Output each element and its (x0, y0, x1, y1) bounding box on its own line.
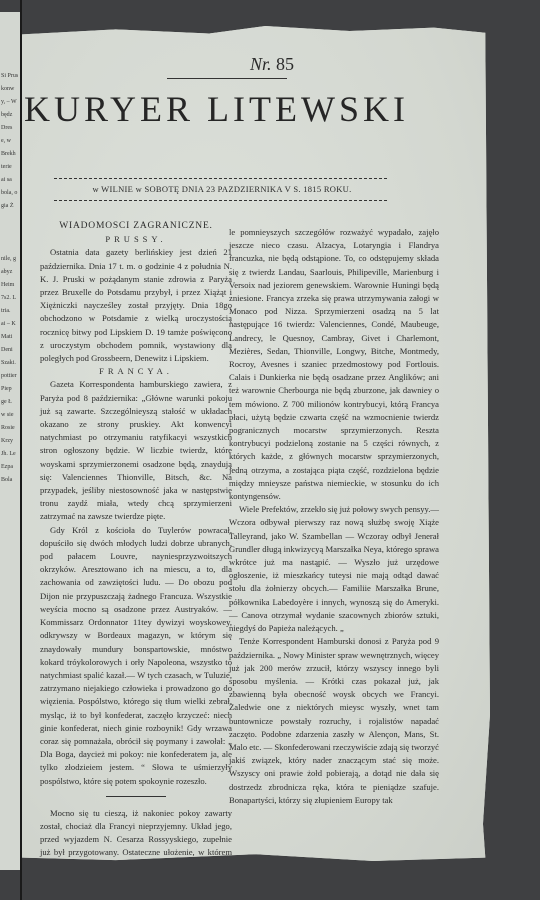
masthead-title: KURYER LITEWSKI (24, 88, 444, 130)
divider-rule (54, 200, 387, 201)
adjacent-page-text: e, w (1, 137, 11, 145)
adjacent-page-text: gia Ż (1, 202, 14, 210)
adjacent-page-text: Deni (1, 346, 13, 354)
adjacent-page-text: 7s2. L (1, 294, 16, 302)
adjacent-page-text: bola, o (1, 189, 17, 197)
adjacent-page-text: terie (1, 163, 12, 171)
article-paragraph: Tenże Korrespondent Hamburski donosi z P… (229, 635, 439, 807)
article-paragraph: Ostatnia data gazety berlińskiey jest dz… (40, 246, 232, 365)
adjacent-page-text: Bola (1, 476, 12, 484)
adjacent-page-text: Rosie (1, 424, 15, 432)
adjacent-page-text: nile, g (1, 255, 16, 263)
adjacent-page-text: Heim (1, 281, 14, 289)
newspaper-page: Nr. 85 KURYER LITEWSKI w WILNIE w SOBOTĘ… (22, 26, 490, 866)
issue-label: Nr. (250, 54, 272, 74)
adjacent-page-text: Mati (1, 333, 12, 341)
adjacent-page-text: będz (1, 111, 12, 119)
adjacent-page-text: Krzy (1, 437, 13, 445)
adjacent-page-text: ge Ł (1, 398, 12, 406)
adjacent-page-text: Si Prus (1, 72, 18, 80)
adjacent-page-text: ai sa (1, 176, 12, 184)
issue-value: 85 (276, 54, 294, 74)
adjacent-page-text: pottier (1, 372, 17, 380)
adjacent-page-text: Piep (1, 385, 12, 393)
article-paragraph: le pomnieyszych szczegółów rozważyć wypa… (229, 226, 439, 503)
adjacent-page-text: konw (1, 85, 14, 93)
issue-number: Nr. 85 (222, 54, 322, 75)
article-paragraph: Wiele Prefektów, zrzekło się już połowy … (229, 503, 439, 635)
adjacent-page-fragment: Si Pruskonwy, – WbędzDrese, wBrekhteriea… (0, 12, 21, 870)
left-column: WIADOMOSCI ZAGRANICZNE. PRUSSY. Ostatnia… (40, 226, 232, 873)
adjacent-page-text: Ezpa (1, 463, 13, 471)
section-title: WIADOMOSCI ZAGRANICZNE. (40, 220, 232, 233)
adjacent-page-text: Brekh (1, 150, 16, 158)
adjacent-page-text: Szaki. (1, 359, 16, 367)
divider-rule (54, 178, 387, 179)
adjacent-page-text: ai – K (1, 320, 16, 328)
article-paragraph: Gdy Król z kościoła do Tuylerów powracał… (40, 524, 232, 788)
adjacent-page-text: y, – W (1, 98, 17, 106)
adjacent-page-text: Jh. Le (1, 450, 16, 458)
country-heading-prussia: PRUSSY. (40, 233, 232, 246)
adjacent-page-text: w sie (1, 411, 14, 419)
page-spine (20, 0, 22, 900)
right-column: le pomnieyszych szczegółów rozważyć wypa… (229, 226, 439, 807)
article-paragraph: Mocno się tu cieszą, iż nakoniec pokoy z… (40, 807, 232, 873)
section-separator (106, 796, 166, 797)
dateline: w WILNIE w SOBOTĘ DNIA 23 PAZDZIERNIKA V… (52, 184, 392, 194)
adjacent-page-text: abyz (1, 268, 12, 276)
adjacent-page-text: Dres (1, 124, 12, 132)
divider-rule (167, 78, 287, 79)
country-heading-france: FRANCYA. (40, 365, 232, 378)
article-paragraph: Gazeta Korrespondenta hamburskiego zawie… (40, 378, 232, 523)
adjacent-page-text: tria. (1, 307, 11, 315)
